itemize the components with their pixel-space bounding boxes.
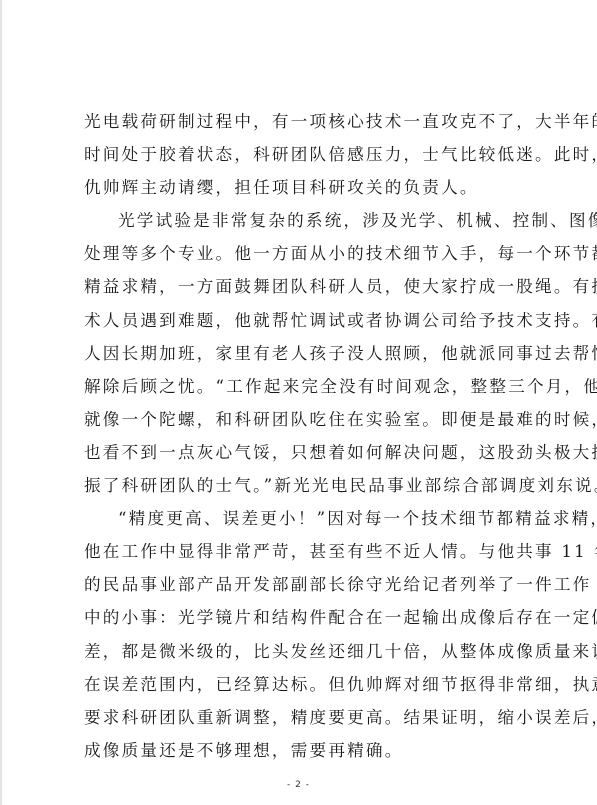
text-line: 仇帅辉主动请缨，担任项目科研攻关的负责人。 — [84, 171, 538, 204]
text-line: 就像一个陀螺，和科研团队吃住在实验室。即便是最难的时候， — [84, 403, 538, 436]
text-line: 的民品事业部产品开发部副部长徐守光给记者列举了一件工作 — [84, 568, 538, 601]
text-line: 也看不到一点灰心气馁，只想着如何解决问题，这股劲头极大提 — [84, 436, 538, 469]
text-line: 光学试验是非常复杂的系统，涉及光学、机械、控制、图像 — [84, 204, 538, 237]
text-line: 人因长期加班，家里有老人孩子没人照顾，他就派同事过去帮忙， — [84, 337, 538, 370]
paragraph-3: “精度更高、误差更小！”因对每一个技术细节都精益求精， 他在工作中显得非常严苛，… — [84, 502, 538, 767]
text-line: 成像质量还是不够理想，需要再精确。 — [84, 734, 538, 767]
text-line: 他在工作中显得非常严苛，甚至有些不近人情。与他共事 11 年 — [84, 535, 538, 568]
text-line: 差，都是微米级的，比头发丝还细几十倍，从整体成像质量来说， — [84, 635, 538, 668]
text-line: 光电载荷研制过程中，有一项核心技术一直攻克不了，大半年的 — [84, 105, 538, 138]
text-line: 处理等多个专业。他一方面从小的技术细节入手，每一个环节都 — [84, 237, 538, 270]
page-left-edge — [0, 0, 2, 805]
paragraph-2: 光学试验是非常复杂的系统，涉及光学、机械、控制、图像 处理等多个专业。他一方面从… — [84, 204, 538, 502]
document-page: 光电载荷研制过程中，有一项核心技术一直攻克不了，大半年的 时间处于胶着状态，科研… — [84, 105, 538, 767]
text-line: 精益求精，一方面鼓舞团队科研人员，使大家拧成一股绳。有技 — [84, 270, 538, 303]
text-line: 要求科研团队重新调整，精度要更高。结果证明，缩小误差后， — [84, 701, 538, 734]
text-line: 振了科研团队的士气。”新光光电民品事业部综合部调度刘东说。 — [84, 469, 538, 502]
text-line: 中的小事：光学镜片和结构件配合在一起输出成像后存在一定偏 — [84, 601, 538, 634]
text-line: “精度更高、误差更小！”因对每一个技术细节都精益求精， — [84, 502, 538, 535]
page-number: - 2 - — [0, 780, 597, 790]
text-line: 解除后顾之忧。“工作起来完全没有时间观念，整整三个月，他 — [84, 370, 538, 403]
text-line: 在误差范围内，已经算达标。但仇帅辉对细节抠得非常细，执意 — [84, 668, 538, 701]
paragraph-1: 光电载荷研制过程中，有一项核心技术一直攻克不了，大半年的 时间处于胶着状态，科研… — [84, 105, 538, 204]
text-line: 时间处于胶着状态，科研团队倍感压力，士气比较低迷。此时， — [84, 138, 538, 171]
text-line: 术人员遇到难题，他就帮忙调试或者协调公司给予技术支持。有 — [84, 304, 538, 337]
